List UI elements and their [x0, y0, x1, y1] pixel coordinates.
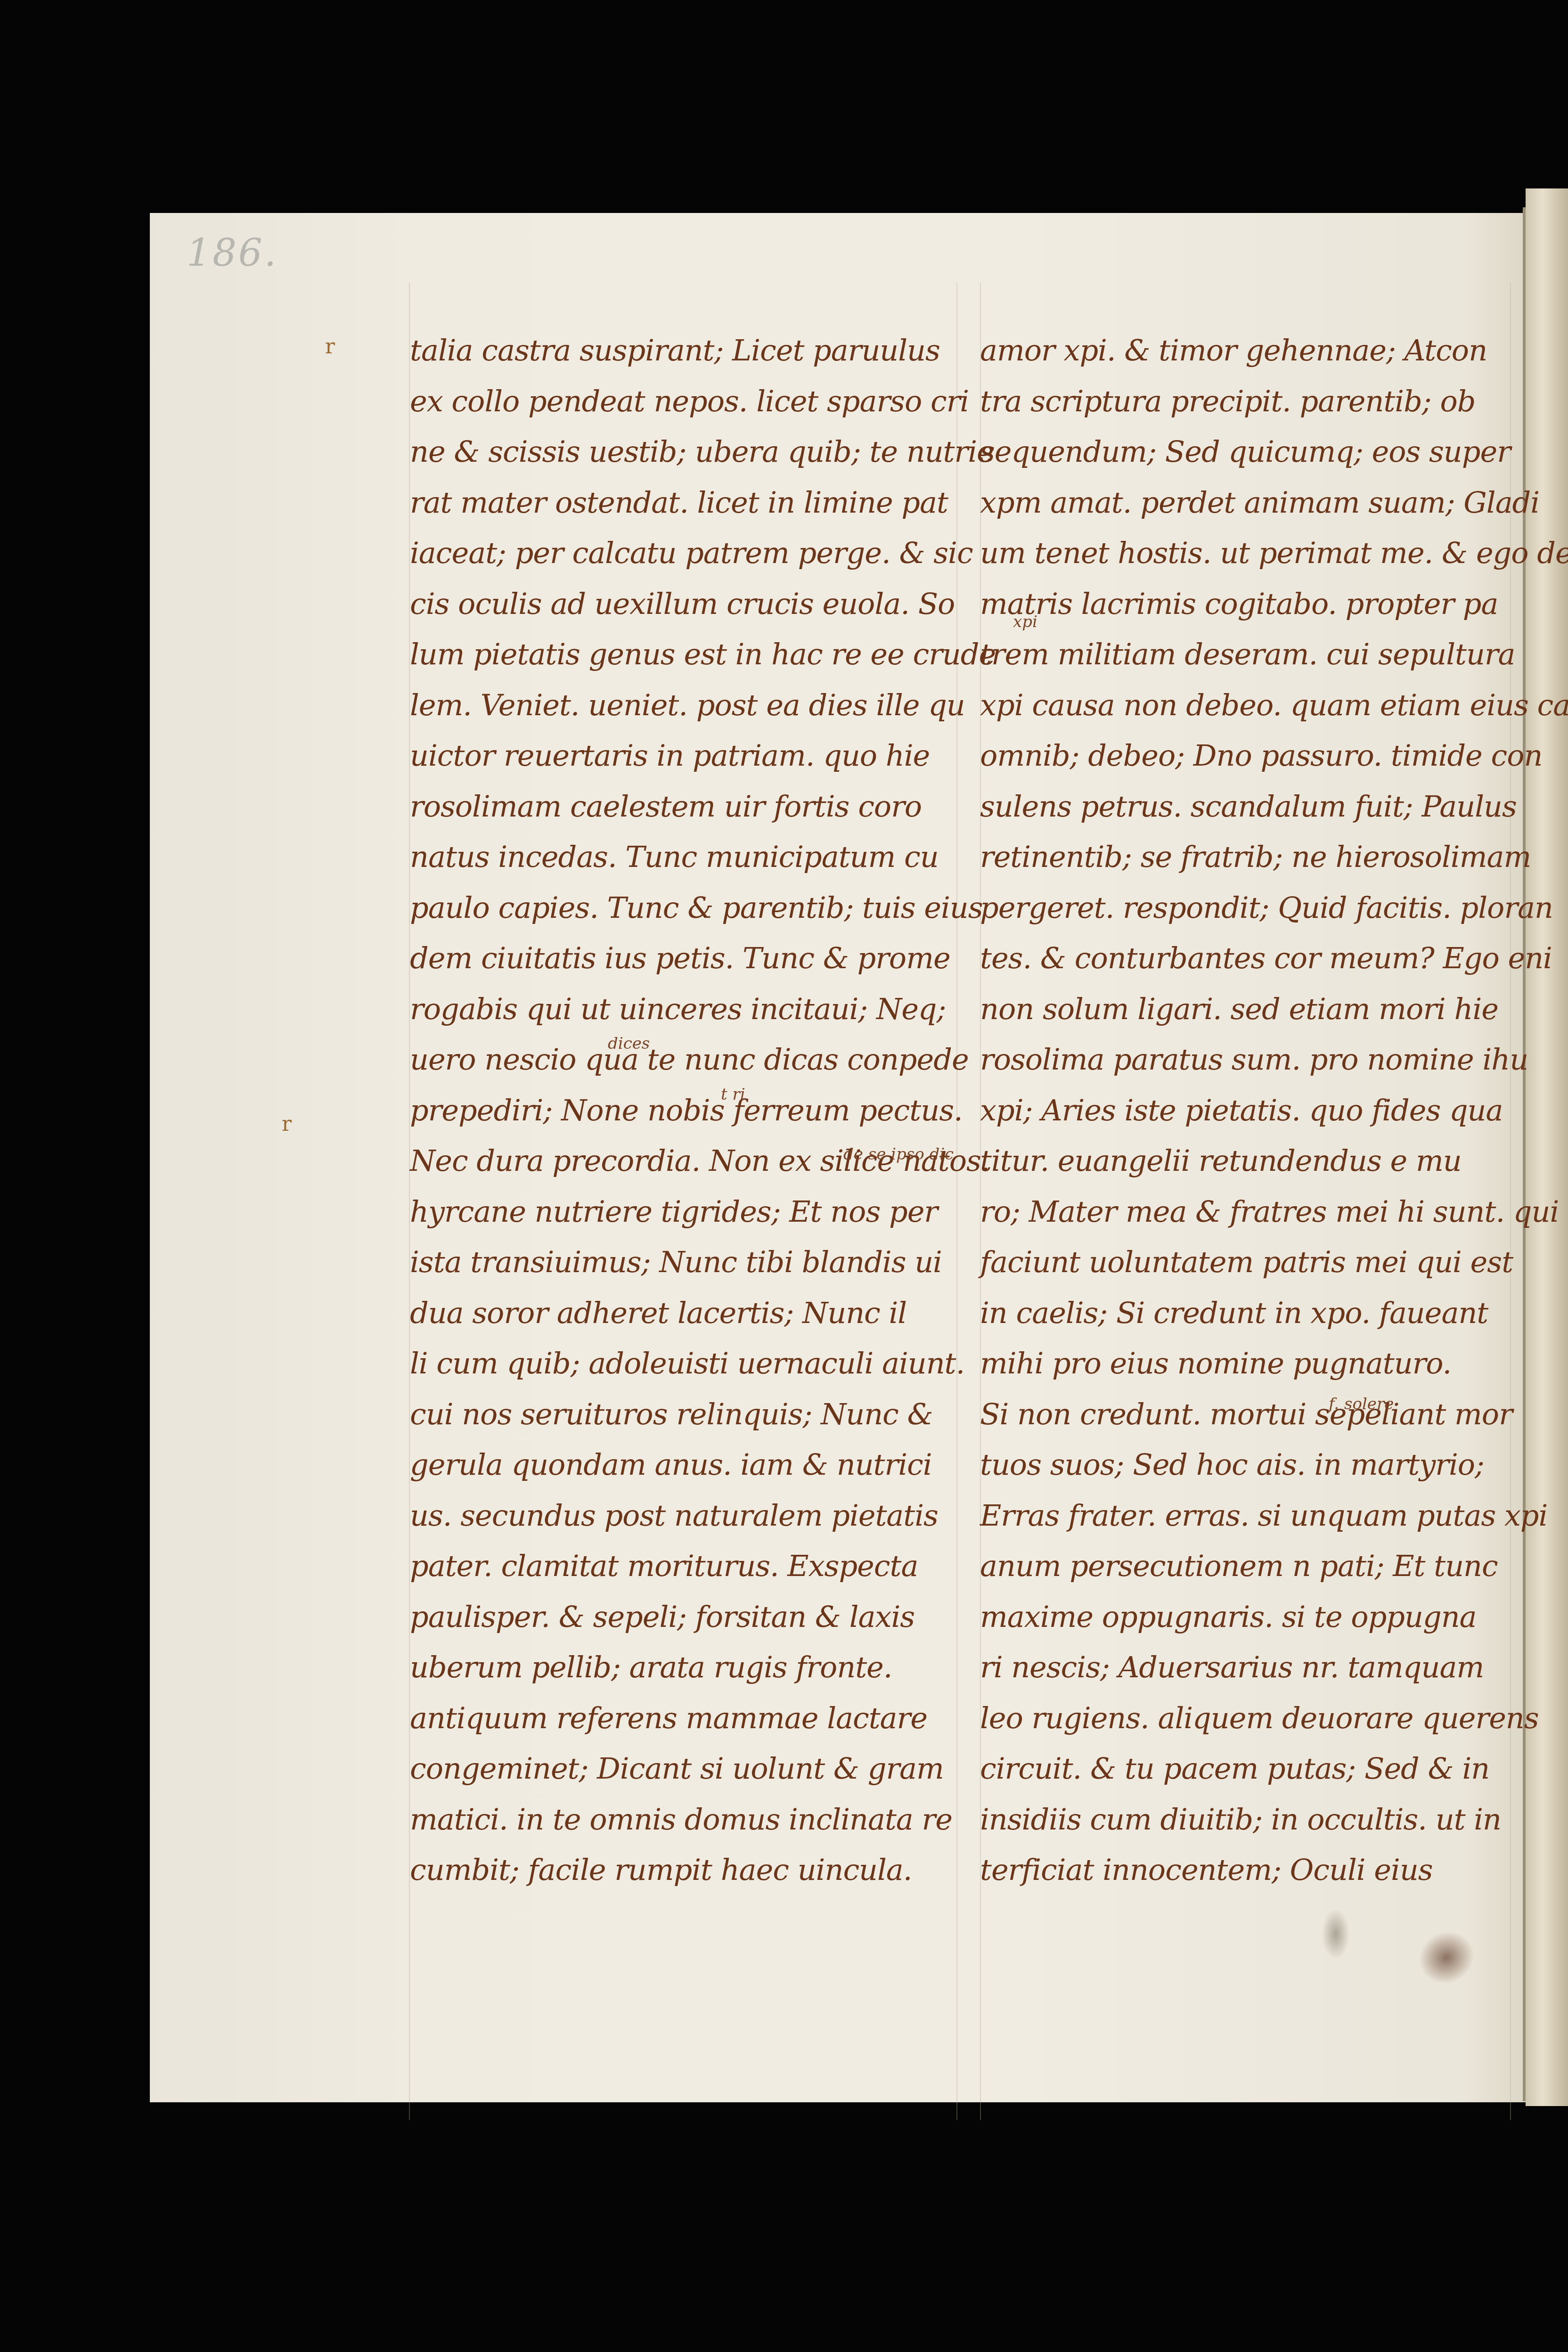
text-line: faciunt uoluntatem patris mei qui est — [980, 1237, 1527, 1288]
text-line: trem militiam deseram. cui sepultura — [980, 629, 1527, 680]
text-line: uberum pellib; arata rugis fronte. — [410, 1642, 956, 1693]
text-line: rosolima paratus sum. pro nomine ihu — [980, 1034, 1527, 1085]
text-line: congeminet; Dicant si uolunt & gram — [410, 1743, 956, 1794]
text-line: retinentib; se fratrib; ne hierosolimam — [980, 832, 1527, 882]
text-line: ista transiuimus; Nunc tibi blandis ui — [410, 1237, 956, 1288]
text-line: lem. Veniet. ueniet. post ea dies ille q… — [410, 680, 956, 731]
text-line: lum pietatis genus est in hac re ee crud… — [410, 629, 956, 680]
text-line: tes. & conturbantes cor meum? Ego eni — [980, 933, 1527, 984]
text-line: paulisper. & sepeli; forsitan & laxis — [410, 1592, 956, 1642]
text-line: amor xpi. & timor gehennae; Atcon — [980, 325, 1527, 376]
text-line: insidiis cum diuitib; in occultis. ut in — [980, 1794, 1527, 1845]
text-line: prepediri; None nobis ferreum pectus. — [410, 1085, 956, 1136]
text-line: xpi causa non debeo. quam etiam eius cau… — [980, 680, 1527, 731]
text-line: uero nescio qua te nunc dicas conpede — [410, 1034, 956, 1085]
facing-leaf-edge — [1526, 188, 1568, 2106]
text-line: gerula quondam anus. iam & nutrici — [410, 1439, 956, 1490]
text-line: talia castra suspirant; Licet paruulus — [410, 325, 956, 376]
text-line: li cum quib; adoleuisti uernaculi aiunt. — [410, 1338, 956, 1389]
text-line: xpi; Aries iste pietatis. quo fides qua — [980, 1085, 1527, 1136]
text-line: xpm amat. perdet animam suam; Gladi — [980, 477, 1527, 528]
text-line: anum persecutionem n pati; Et tunc — [980, 1541, 1527, 1592]
text-line: ex collo pendeat nepos. licet sparso cri — [410, 376, 956, 427]
text-line: dem ciuitatis ius petis. Tunc & prome — [410, 933, 956, 984]
text-line: ne & scissis uestib; ubera quib; te nutr… — [410, 426, 956, 477]
text-line: iaceat; per calcatu patrem perge. & sic — [410, 528, 956, 579]
text-line: cis oculis ad uexillum crucis euola. So — [410, 579, 956, 629]
text-line: uictor reuertaris in patriam. quo hie — [410, 730, 956, 781]
margin-mark: r — [282, 1112, 292, 1136]
text-line: titur. euangelii retundendus e mu — [980, 1135, 1527, 1186]
right-text-column: amor xpi. & timor gehennae; Atcon tra sc… — [980, 325, 1527, 1895]
text-line: circuit. & tu pacem putas; Sed & in — [980, 1743, 1527, 1794]
text-line: pater. clamitat moriturus. Exspecta — [410, 1541, 956, 1592]
text-line: paulo capies. Tunc & parentib; tuis eius — [410, 882, 956, 933]
text-line: Erras frater. erras. si unquam putas xpi — [980, 1490, 1527, 1541]
text-line: ro; Mater mea & fratres mei hi sunt. qui — [980, 1186, 1527, 1237]
text-line: rat mater ostendat. licet in limine pat — [410, 477, 956, 528]
text-line: non solum ligari. sed etiam mori hie — [980, 984, 1527, 1035]
text-line-last: terficiat innocentem; Oculi eius — [980, 1845, 1527, 1895]
text-line: sequendum; Sed quicumq; eos super — [980, 426, 1527, 477]
text-line: in caelis; Si credunt in xpo. faueant — [980, 1288, 1527, 1339]
text-line: cui nos seruituros relinquis; Nunc & — [410, 1389, 956, 1440]
text-line: tuos suos; Sed hoc ais. in martyrio; — [980, 1439, 1527, 1490]
text-line: rosolimam caelestem uir fortis coro — [410, 781, 956, 832]
interlinear-gloss: xpi — [1013, 612, 1037, 631]
text-line: hyrcane nutriere tigrides; Et nos per — [410, 1186, 956, 1237]
text-line: maxime oppugnaris. si te oppugna — [980, 1592, 1527, 1642]
interlinear-gloss: t ri — [721, 1085, 745, 1104]
text-line: tra scriptura precipit. parentib; ob — [980, 376, 1527, 427]
interlinear-gloss: f. solere — [1329, 1395, 1394, 1413]
text-line: ri nescis; Aduersarius nr. tamquam — [980, 1642, 1527, 1693]
text-line: us. secundus post naturalem pietatis — [410, 1490, 956, 1541]
text-line: antiquum referens mammae lactare — [410, 1693, 956, 1744]
text-line: sulens petrus. scandalum fuit; Paulus — [980, 781, 1527, 832]
text-line: matris lacrimis cogitabo. propter pa — [980, 579, 1527, 629]
text-line: matici. in te omnis domus inclinata re — [410, 1794, 956, 1845]
text-line: um tenet hostis. ut perimat me. & ego de — [980, 528, 1527, 579]
text-line: pergeret. respondit; Quid facitis. plora… — [980, 882, 1527, 933]
text-line: omnib; debeo; Dno passuro. timide con — [980, 730, 1527, 781]
text-line: mihi pro eius nomine pugnaturo. — [980, 1338, 1527, 1389]
text-line: Si non credunt. mortui sepeliant mor — [980, 1389, 1527, 1440]
margin-mark: r — [325, 335, 335, 359]
text-line: rogabis qui ut uinceres incitaui; Neq; — [410, 984, 956, 1035]
parchment-stain — [1322, 1908, 1350, 1960]
text-line: natus incedas. Tunc municipatum cu — [410, 832, 956, 882]
left-text-column: talia castra suspirant; Licet paruulus e… — [410, 325, 956, 1895]
text-line: dua soror adheret lacertis; Nunc il — [410, 1288, 956, 1339]
folio-number: 186. — [187, 231, 278, 275]
text-line-last: cumbit; facile rumpit haec uincula. — [410, 1845, 956, 1895]
interlinear-gloss: de se ipso dic — [843, 1145, 954, 1164]
text-line: leo rugiens. aliquem deuorare querens — [980, 1693, 1527, 1744]
interlinear-gloss: dices — [608, 1034, 650, 1053]
